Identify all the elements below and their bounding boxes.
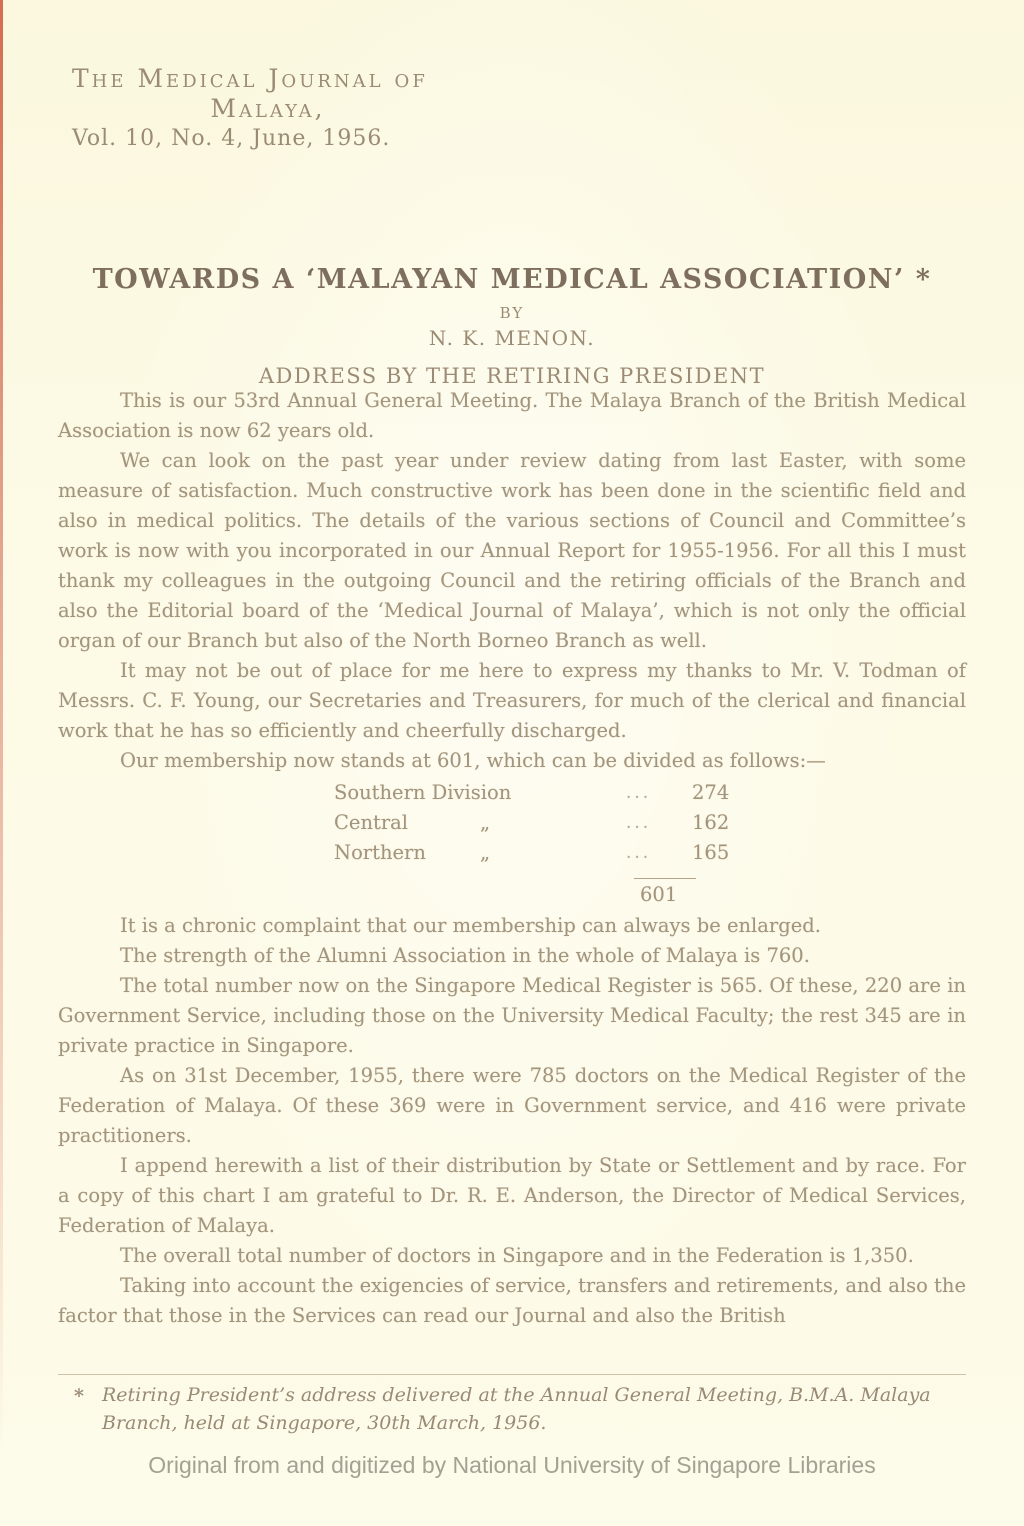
paragraph: We can look on the past year under revie… [58,446,966,656]
membership-list: Southern Division ... 274 Central „ ... … [334,778,966,909]
author-name: N. K. MENON. [0,326,1024,350]
dot-leader: ... [626,778,692,808]
footnote: * Retiring President’s address delivered… [58,1381,966,1437]
paragraph: The strength of the Alumni Association i… [58,941,966,971]
paragraph: Taking into account the exigencies of se… [58,1271,966,1331]
ditto-mark: „ [480,838,626,868]
paragraph: I append herewith a list of their distri… [58,1151,966,1241]
journal-volume-issue: Vol. 10, No. 4, June, 1956. [72,126,464,151]
journal-masthead: The Medical Journal of Malaya, Vol. 10, … [72,64,464,151]
digitization-credit: Original from and digitized by National … [0,1452,1024,1479]
membership-label: Southern Division [334,778,480,808]
paragraph: Our membership now stands at 601, which … [58,746,966,776]
paragraph: It is a chronic complaint that our membe… [58,911,966,941]
ditto-mark: „ [480,808,626,838]
page-edge-artifact [0,0,3,1455]
article-body: This is our 53rd Annual General Meeting.… [58,386,966,1331]
membership-row: Northern „ ... 165 [334,838,966,868]
paragraph: The total number now on the Singapore Me… [58,971,966,1061]
journal-name-line2: Malaya, [72,94,464,123]
membership-value: 162 [692,808,729,838]
paragraph: This is our 53rd Annual General Meeting.… [58,386,966,446]
article-title: TOWARDS A ‘MALAYAN MEDICAL ASSOCIATION’ … [0,264,1024,295]
total-rule [634,878,696,879]
footnote-text: Retiring President’s address delivered a… [102,1384,931,1434]
footnote-divider [58,1374,966,1375]
paragraph: The overall total number of doctors in S… [58,1241,966,1271]
footnote-marker: * [74,1382,84,1410]
dot-leader: ... [626,838,692,868]
byline-label: BY [0,304,1024,322]
paragraph: As on 31st December, 1955, there were 78… [58,1061,966,1151]
article-heading-block: TOWARDS A ‘MALAYAN MEDICAL ASSOCIATION’ … [0,264,1024,388]
membership-row: Southern Division ... 274 [334,778,966,808]
scanned-journal-page: The Medical Journal of Malaya, Vol. 10, … [0,0,1024,1526]
membership-value: 165 [692,838,729,868]
membership-label: Central [334,808,480,838]
dot-leader: ... [626,808,692,838]
membership-label: Northern [334,838,480,868]
membership-value: 274 [692,778,729,808]
journal-name-line1: The Medical Journal of [72,64,464,93]
membership-total: 601 [640,881,966,909]
membership-row: Central „ ... 162 [334,808,966,838]
ditto-mark [480,778,626,808]
paragraph: It may not be out of place for me here t… [58,656,966,746]
article-subtitle: ADDRESS BY THE RETIRING PRESIDENT [0,364,1024,388]
